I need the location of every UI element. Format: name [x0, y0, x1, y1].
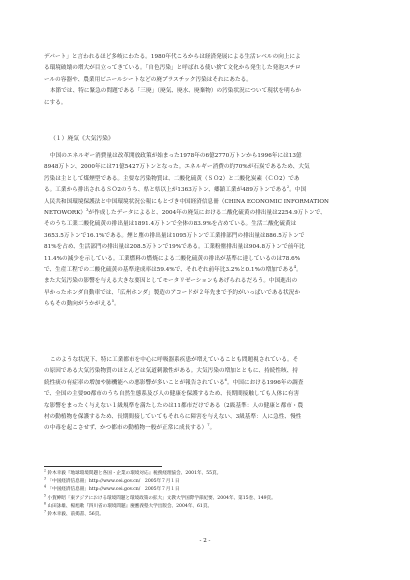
text-line: NETOWORK）3が作成したデータによると、2004年の廃気における二酸化硫黄…: [44, 208, 374, 219]
footnote-text: 鈴木幸毅、前掲書、56頁。: [48, 512, 104, 517]
footnote-mark: 7: [44, 509, 46, 513]
footnote-item: 4 「中国経済信息冊」http://www.cei.gov.cn/ 2005年７…: [44, 486, 276, 494]
section-heading: （１）廃気《大気汚染》: [50, 133, 114, 142]
text-segment: の中毒を起こさせず、かつ都市の動植物一般が正常に成長する）: [44, 425, 207, 431]
text-line: 81%を占め、生活部門の排出量は208.5万トンで19%である。工業粉塵排出量は…: [44, 242, 374, 253]
footnote-text: 鈴木幸毅『地球環境問題と各国・企業の環境対応』税務経理協会、2001年、55頁。: [48, 471, 222, 476]
text-line: そのうち工業二酸化硫黄の排出量は1891.4万トンで全体の83.9%を占めている…: [44, 219, 374, 230]
footnote-mark: 2: [44, 468, 46, 472]
text-line: る環境破壊の増大が目立ってきている。「自色汚染」と呼ばれる使い捨て文化から発生し…: [44, 63, 374, 74]
text-line: な影響をまったく与えない１級規準を満たしたのは11都市だけである（2級基準：人の…: [44, 401, 374, 412]
text-line: らもその動向がうかがえる5。: [44, 299, 374, 310]
footnotes: 2 鈴木幸毅『地球環境問題と各国・企業の環境対応』税務経理協会、2001年、55…: [44, 470, 276, 519]
text-segment: が作成したデータによると、2004年の廃気における二酸化硫黄の排出量は2254.…: [88, 210, 325, 216]
text-line: デパート」と言われるほど多岐にわたる。1980年代ころからは経済発展による生活レ…: [44, 52, 374, 63]
text-line: 本節では、特に緊急の問題である「三廃」（廃気、廃水、廃棄物）の汚染状況について現…: [44, 86, 374, 97]
text-line: 汚染は主として煤煙型である。主要な汚染物質は、二酸化硫黄（ＳＯ2）と二酸化炭素（…: [44, 174, 374, 185]
text-line: にする。: [44, 98, 374, 109]
footnote-text: 「中国経済信息冊」http://www.cei.gov.cn/ 2005年７月１…: [48, 479, 180, 484]
text-line: で、生産工程での二酸化硫黄の基準達成率は59.4%で、それぞれ前年比3.2%と0…: [44, 265, 374, 276]
text-line: の原因である大気汚染物質のほとんどは気道刺激性がある。大気汚染の増加とともに、持…: [44, 366, 374, 377]
text-line: 3653.5万トンで16.1%である。煙と塵の排出量は1095万トンで工業排部門…: [44, 231, 374, 242]
text-line: 中国のエネルギー消費量は改革開放政策が始まった1978年の6億2770万トンから…: [44, 151, 374, 162]
footnote-item: 6 山田詠雄、楊旭歌『四川省の環境問題』慶應義塾大学出版会、2004年、61頁。: [44, 503, 276, 511]
text-line: 11.4%の減少を示している。工業燃料の燃焼による二酸化硫黄の排出が基準に達して…: [44, 254, 374, 265]
text-segment: 。中国における1996年の調査: [227, 380, 304, 386]
footnote-mark: 3: [44, 477, 46, 481]
text-segment: 。: [210, 425, 216, 431]
paragraph-health-impact: このような状況下、特に工業都市を中心に呼吸器系疾患が増えていることも問題視されて…: [44, 355, 374, 435]
document-page: デパート」と言われるほど多岐にわたる。1980年代ころからは経済発展による生活レ…: [0, 0, 410, 580]
text-line: ールの容器や、農業用ビニールシートなどの廃プラスチック汚染はそれにあたる。: [44, 75, 374, 86]
footnote-mark: 5: [44, 493, 46, 497]
text-segment: 。中国: [289, 187, 306, 193]
footnote-item: 7 鈴木幸毅、前掲書、56頁。: [44, 511, 276, 519]
text-segment: で、生産工程での二酸化硫黄の基準達成率は59.4%で、それぞれ前年比3.2%と0…: [44, 267, 294, 273]
paragraph-air-pollution: 中国のエネルギー消費量は改革開放政策が始まった1978年の6億2770万トンから…: [44, 151, 374, 310]
footnote-divider: [44, 466, 162, 467]
text-segment: NETOWORK）: [44, 210, 86, 216]
text-line: 村の動植物を保護するため、長期間接していてもそれらに障害を与えない、3級基準：人…: [44, 412, 374, 423]
intro-paragraph: デパート」と言われるほど多岐にわたる。1980年代ころからは経済発展による生活レ…: [44, 52, 374, 109]
footnote-text: 小賀紳昭「東アジアにおける環境問題と環境政策の拡大」文教大学国際学部紀要、200…: [48, 496, 276, 501]
footnote-item: 3 「中国経済信息冊」http://www.cei.gov.cn/ 2005年７…: [44, 478, 276, 486]
footnote-mark: 4: [44, 485, 46, 489]
footnote-item: 2 鈴木幸毅『地球環境問題と各国・企業の環境対応』税務経理協会、2001年、55…: [44, 470, 276, 478]
text-line: また大気汚染の影響を与える大きな要因としてモータリゼーションもあげられるだろう。…: [44, 276, 374, 287]
text-line: の中毒を起こさせず、かつ都市の動植物一般が正常に成長する）7。: [44, 423, 374, 434]
text-line: 続性痰の有症率の増加や肺機能への悪影響が多いことが報告されている6。中国における…: [44, 378, 374, 389]
text-line: 8948万トン、2000年には71億5427万トンとなった。エネルギー消費の約7…: [44, 162, 374, 173]
footnote-mark: 6: [44, 501, 46, 505]
footnote-text: 山田詠雄、楊旭歌『四川省の環境問題』慶應義塾大学出版会、2004年、61頁。: [48, 504, 213, 509]
text-line: このような状況下、特に工業都市を中心に呼吸器系疾患が増えていることも問題視されて…: [44, 355, 374, 366]
text-segment: 続性痰の有症率の増加や肺機能への悪影響が多いことが報告されている: [44, 380, 225, 386]
page-number: - 2 -: [0, 538, 410, 544]
text-line: で、全国の主要90都市のうち自然生態系及び人の健康を保護するため、長期間接触して…: [44, 389, 374, 400]
footnote-text: 「中国経済信息冊」http://www.cei.gov.cn/ 2005年７月１…: [48, 487, 180, 492]
text-segment: る。工業から排出されるＳＯ2のうち、県と県以上が1363万トン、郷鎮工業が489…: [44, 187, 287, 193]
text-segment: らもその動向がうかがえる: [44, 301, 112, 307]
text-line: 人民共和国環境保護法と中国環境状況公報にもとづき中国経済信息冊（CHINA EC…: [44, 197, 374, 208]
text-line: る。工業から排出されるＳＯ2のうち、県と県以上が1363万トン、郷鎮工業が489…: [44, 185, 374, 196]
text-line: 早かったホンダ自動車では、「広州ホンダ」製造のアコードが２年先まで予約がいっぱい…: [44, 288, 374, 299]
text-segment: 。: [114, 301, 120, 307]
text-segment: 。: [296, 267, 302, 273]
footnote-item: 5 小賀紳昭「東アジアにおける環境問題と環境政策の拡大」文教大学国際学部紀要、2…: [44, 495, 276, 503]
